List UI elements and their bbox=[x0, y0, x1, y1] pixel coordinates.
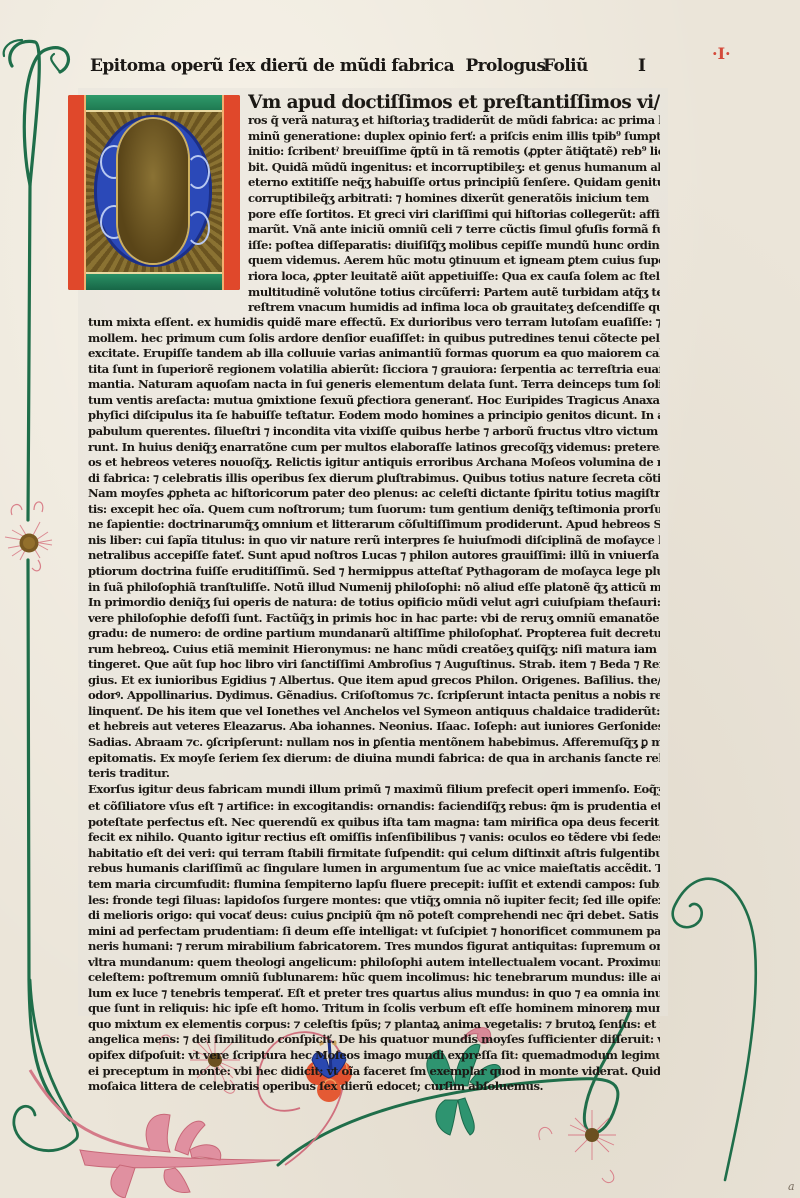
white-swirl-icon bbox=[186, 155, 210, 189]
top-left-vine-icon bbox=[4, 40, 69, 185]
right-spiral-vine-icon bbox=[673, 879, 756, 1180]
pink-acanthus-leaf-icon bbox=[80, 1114, 280, 1198]
initial-frame-bottom bbox=[68, 272, 240, 290]
text-line: moſaica littera de celebratis operibus ſ… bbox=[88, 1077, 660, 1095]
running-head-title: Epitoma operũ ſex dierũ de mũdi fabrica bbox=[90, 56, 454, 76]
running-head: Epitoma operũ ſex dierũ de mũdi fabrica … bbox=[90, 56, 660, 82]
initial-frame-top bbox=[68, 95, 240, 112]
manuscript-page: Epitoma operũ ſex dierũ de mũdi fabrica … bbox=[0, 0, 800, 1198]
gold-letter-counter bbox=[118, 119, 188, 263]
left-vine-icon bbox=[14, 185, 78, 1151]
initial-frame-left bbox=[68, 95, 86, 290]
left-sun-flower-icon bbox=[5, 502, 52, 571]
bottom-right-sun-flower-icon bbox=[539, 1110, 616, 1183]
initial-frame-right bbox=[222, 95, 240, 290]
margin-folio-mark: ·I· bbox=[712, 44, 731, 63]
running-head-folio-label: Foliũ bbox=[543, 56, 588, 76]
illuminated-initial bbox=[68, 95, 240, 290]
signature-mark: a bbox=[788, 1180, 795, 1193]
running-head-folio-number: I bbox=[638, 56, 645, 76]
text-line: Exorſus igitur deus fabricam mundi illum… bbox=[88, 780, 660, 798]
white-swirl-icon bbox=[186, 211, 210, 245]
running-head-section: Prologus bbox=[465, 56, 545, 76]
